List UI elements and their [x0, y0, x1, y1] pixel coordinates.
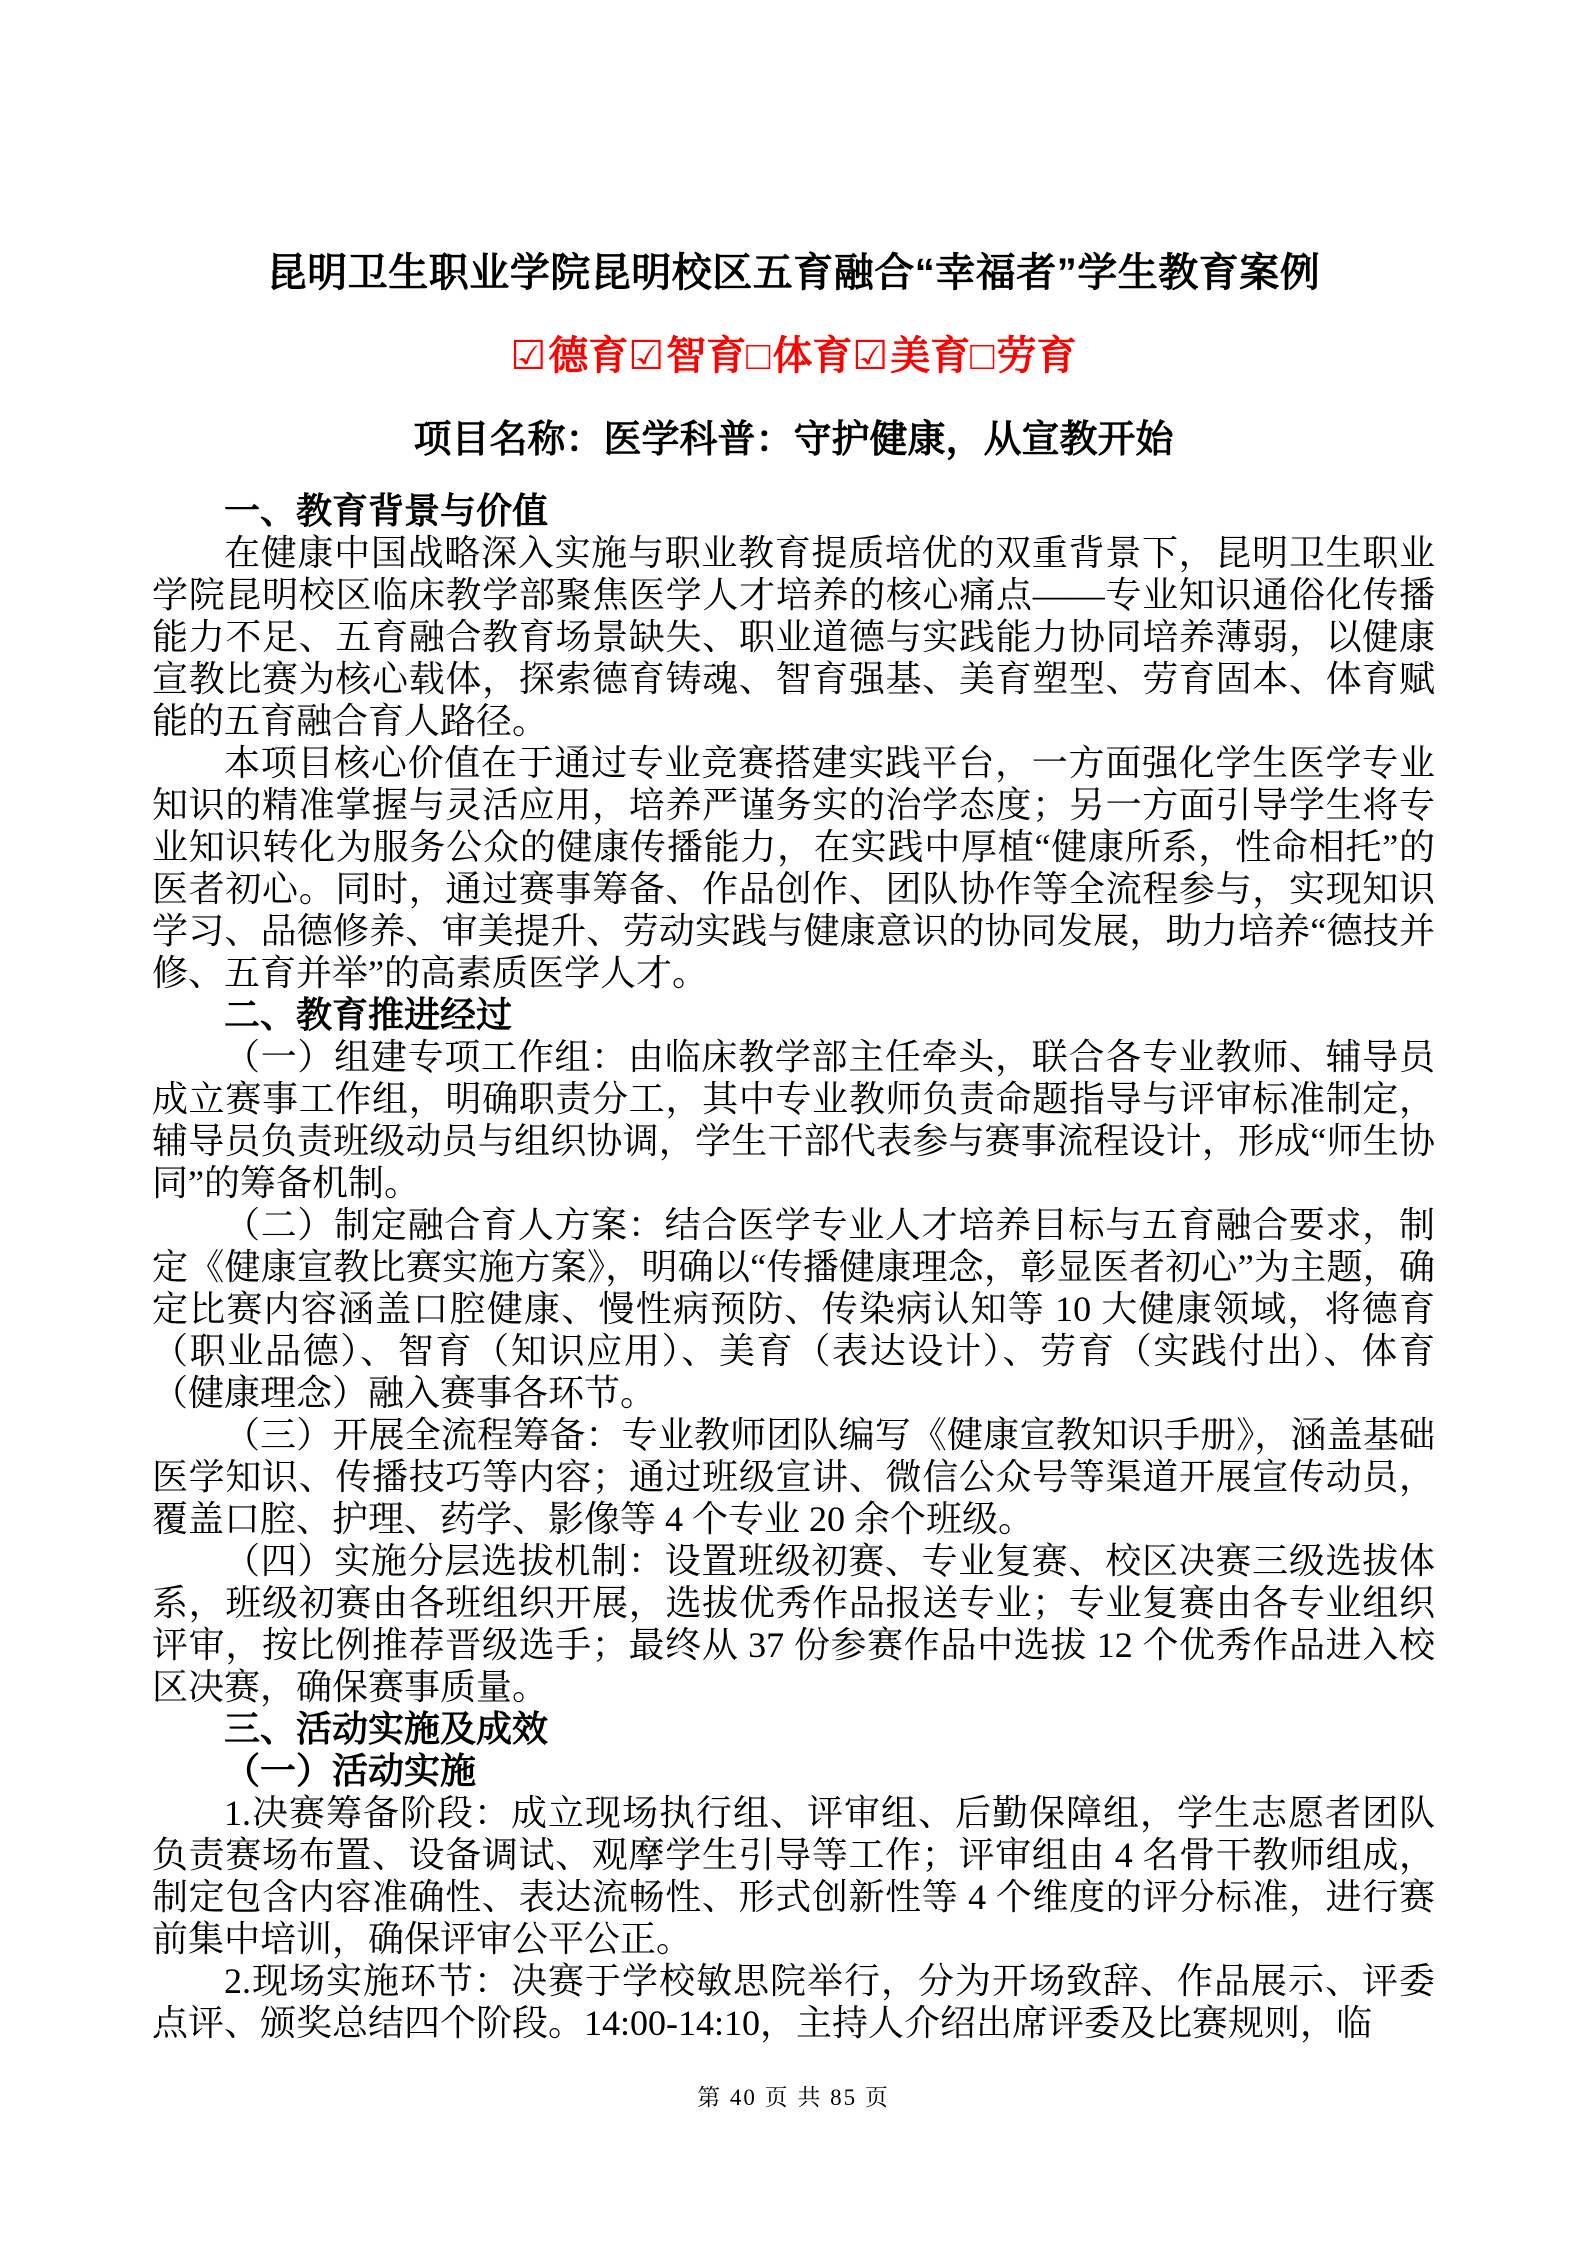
body-paragraph: 在健康中国战略深入实施与职业教育提质培优的双重背景下，昆明卫生职业学院昆明校区临… [152, 532, 1435, 742]
project-title: 项目名称：医学科普：守护健康，从宣教开始 [152, 418, 1435, 463]
five-edu-label: 德育 [548, 334, 628, 378]
five-edu-label: 智育 [666, 334, 746, 378]
five-edu-label: 劳育 [996, 334, 1076, 378]
section-heading: 三、活动实施及成效 [152, 1708, 1435, 1750]
five-edu-label: 体育 [772, 334, 852, 378]
document-page: 昆明卫生职业学院昆明校区五育融合“幸福者”学生教育案例 ☑德育☑智育□体育☑美育… [0, 0, 1587, 2245]
body-paragraph: （三）开展全流程筹备：专业教师团队编写《健康宣教知识手册》，涵盖基础医学知识、传… [152, 1414, 1435, 1540]
five-education-checkline: ☑德育☑智育□体育☑美育□劳育 [152, 333, 1435, 379]
body-paragraph: 2.现场实施环节：决赛于学校敏思院举行，分为开场致辞、作品展示、评委点评、颁奖总… [152, 1960, 1435, 2044]
body-paragraph: （四）实施分层选拔机制：设置班级初赛、专业复赛、校区决赛三级选拔体系，班级初赛由… [152, 1540, 1435, 1708]
five-edu-item: □体育 [746, 334, 852, 378]
document-title: 昆明卫生职业学院昆明校区五育融合“幸福者”学生教育案例 [152, 249, 1435, 297]
body-paragraph: 1.决赛筹备阶段：成立现场执行组、评审组、后勤保障组，学生志愿者团队负责赛场布置… [152, 1792, 1435, 1960]
body-paragraph: （一）组建专项工作组：由临床教学部主任牵头，联合各专业教师、辅导员成立赛事工作组… [152, 1036, 1435, 1204]
five-edu-item: ☑德育 [511, 334, 629, 378]
five-edu-item: ☑美育 [852, 334, 970, 378]
body-paragraph: 本项目核心价值在于通过专业竞赛搭建实践平台，一方面强化学生医学专业知识的精准掌握… [152, 742, 1435, 994]
checked-checkbox-icon: ☑ [628, 334, 666, 378]
five-edu-item: □劳育 [970, 334, 1076, 378]
page-number-footer: 第 40 页 共 85 页 [0, 2084, 1587, 2112]
five-edu-item: ☑智育 [628, 334, 746, 378]
checked-checkbox-icon: ☑ [852, 334, 890, 378]
section-heading: 一、教育背景与价值 [152, 490, 1435, 532]
checked-checkbox-icon: ☑ [511, 334, 549, 378]
unchecked-checkbox-icon: □ [746, 334, 772, 378]
body-paragraph: （二）制定融合育人方案：结合医学专业人才培养目标与五育融合要求，制定《健康宣教比… [152, 1204, 1435, 1414]
five-edu-label: 美育 [890, 334, 970, 378]
document-body: 一、教育背景与价值在健康中国战略深入实施与职业教育提质培优的双重背景下，昆明卫生… [152, 490, 1435, 2044]
section-heading: （一）活动实施 [152, 1750, 1435, 1792]
section-heading: 二、教育推进经过 [152, 994, 1435, 1036]
unchecked-checkbox-icon: □ [970, 334, 996, 378]
